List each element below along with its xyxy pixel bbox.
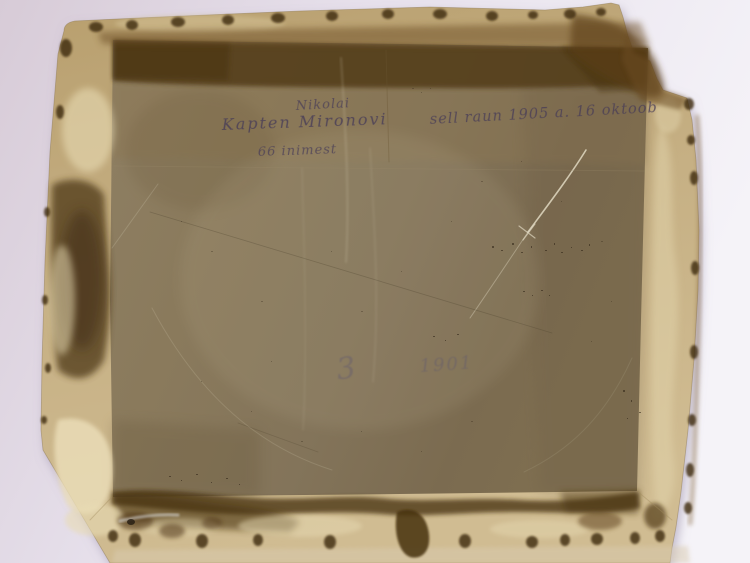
nail-mark [253,534,263,546]
nail-mark [382,9,394,19]
nail-mark [686,463,694,477]
nail-mark [688,414,696,426]
nail-mark [44,207,50,217]
nail-mark [564,9,576,19]
photo-frame: Nikolai Kapten Mironovi sell raun 1905 a… [0,0,750,563]
nail-mark [41,416,47,424]
nail-mark [324,535,336,549]
nail-mark [222,15,234,25]
nail-mark [45,363,51,373]
nail-mark [687,135,695,145]
dark-fleck [127,519,135,525]
nail-mark [560,534,570,546]
nail-mark [129,533,141,547]
nail-mark [271,13,285,23]
nail-mark [459,534,471,548]
nail-mark [486,11,498,21]
nail-mark [196,534,208,548]
nail-mark [526,536,538,548]
nail-mark [89,22,103,32]
nail-mark [108,530,118,542]
nail-mark [56,105,64,119]
nail-mark [690,171,698,185]
nail-mark [596,8,606,16]
handwriting-count-note: 66 inimest [258,142,338,160]
pencil-scribble: 1901 [419,352,474,377]
nail-mark [690,345,698,359]
nail-mark [126,20,138,30]
nail-mark [591,533,603,545]
nail-mark [42,295,48,305]
nail-mark [684,98,694,110]
nail-mark [691,261,699,275]
nail-mark [171,17,185,27]
nail-mark [630,532,640,544]
nail-mark [60,39,72,57]
nail-mark [528,11,538,19]
nail-mark [433,9,447,19]
nail-mark [326,11,338,21]
nail-mark [684,502,692,514]
photograph-of-plate-back: Nikolai Kapten Mironovi sell raun 1905 a… [0,0,750,563]
nail-mark [655,530,665,542]
